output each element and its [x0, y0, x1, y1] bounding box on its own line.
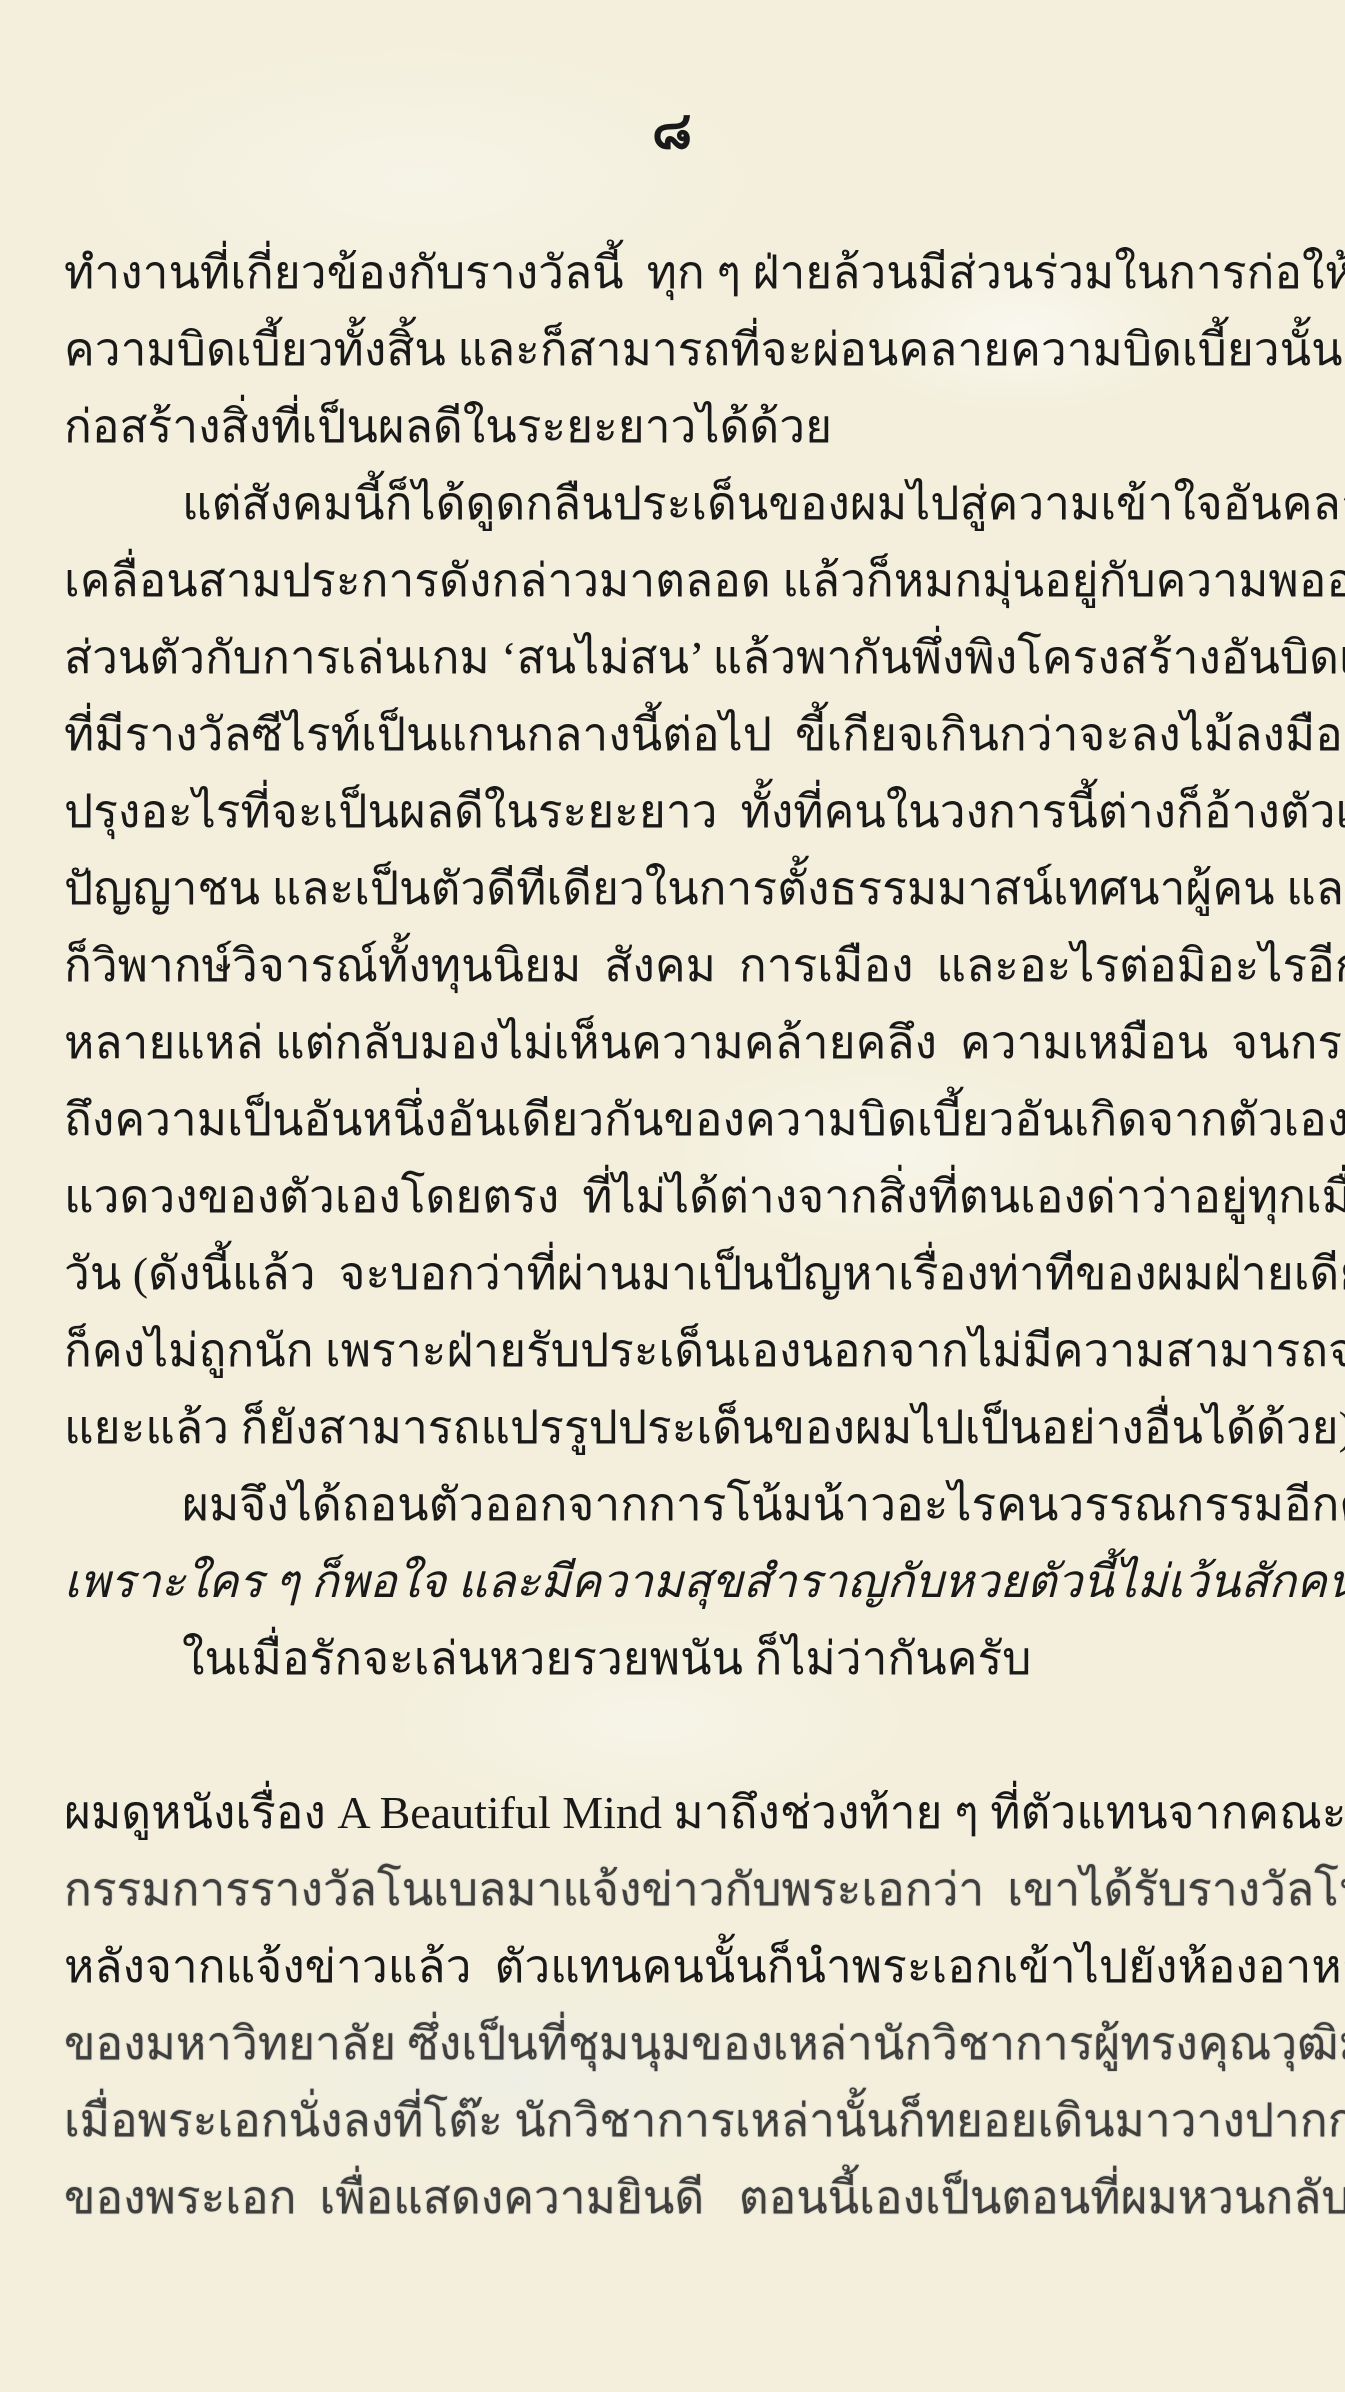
text-line: หลังจากแจ้งข่าวแล้ว ตัวแทนคนนั้นก็นำพระเ…: [64, 1928, 1296, 2005]
book-page: ๘ ทำงานที่เกี่ยวข้องกับรางวัลนี้ ทุก ๆ ฝ…: [0, 0, 1345, 2392]
text-line: ทำงานที่เกี่ยวข้องกับรางวัลนี้ ทุก ๆ ฝ่า…: [64, 234, 1296, 311]
text-line: กรรมการรางวัลโนเบลมาแจ้งข่าวกับพระเอกว่า…: [64, 1851, 1296, 1928]
text-line: แวดวงของตัวเองโดยตรง ที่ไม่ได้ต่างจากสิ่…: [64, 1158, 1296, 1235]
text-line: เมื่อพระเอกนั่งลงที่โต๊ะ นักวิชาการเหล่า…: [64, 2082, 1296, 2159]
text-line: ปัญญาชน และเป็นตัวดีทีเดียวในการตั้งธรรม…: [64, 850, 1296, 927]
text-line: แยะแล้ว ก็ยังสามารถแปรรูปประเด็นของผมไปเ…: [64, 1389, 1296, 1466]
text-line: ที่มีรางวัลซีไรท์เป็นแกนกลางนี้ต่อไป ขี้…: [64, 696, 1296, 773]
text-line: หลายแหล่ แต่กลับมองไม่เห็นความคล้ายคลึง …: [64, 1004, 1296, 1081]
text-line: ผมดูหนังเรื่อง A Beautiful Mind มาถึงช่ว…: [64, 1774, 1296, 1851]
text-line: เพราะใคร ๆ ก็พอใจ และมีความสุขสำราญกับหว…: [64, 1543, 1296, 1620]
text-line: ปรุงอะไรที่จะเป็นผลดีในระยะยาว ทั้งที่คน…: [64, 773, 1296, 850]
text-line: ของพระเอก เพื่อแสดงความยินดี ตอนนี้เองเป…: [64, 2159, 1296, 2236]
text-line: วัน (ดังนี้แล้ว จะบอกว่าที่ผ่านมาเป็นปัญ…: [64, 1235, 1296, 1312]
text-line: ก็คงไม่ถูกนัก เพราะฝ่ายรับประเด็นเองนอกจ…: [64, 1312, 1296, 1389]
text-line: ก็วิพากษ์วิจารณ์ทั้งทุนนิยม สังคม การเมื…: [64, 927, 1296, 1004]
page-number: ๘: [0, 88, 1345, 171]
text-line: แต่สังคมนี้ก็ได้ดูดกลืนประเด็นของผมไปสู่…: [64, 465, 1296, 542]
text-line: ผมจึงได้ถอนตัวออกจากการโน้มน้าวอะไรคนวรร…: [64, 1466, 1296, 1543]
text-line: ในเมื่อรักจะเล่นหวยรวยพนัน ก็ไม่ว่ากันคร…: [64, 1620, 1296, 1697]
text-line: ความบิดเบี้ยวทั้งสิ้น และก็สามารถที่จะผ่…: [64, 311, 1296, 388]
text-block: ทำงานที่เกี่ยวข้องกับรางวัลนี้ ทุก ๆ ฝ่า…: [64, 234, 1296, 2236]
text-line: ก่อสร้างสิ่งที่เป็นผลดีในระยะยาวได้ด้วย: [64, 388, 1296, 465]
text-line: ของมหาวิทยาลัย ซึ่งเป็นที่ชุมนุมของเหล่า…: [64, 2005, 1296, 2082]
text-line: เคลื่อนสามประการดังกล่าวมาตลอด แล้วก็หมก…: [64, 542, 1296, 619]
text-line: ถึงความเป็นอันหนึ่งอันเดียวกันของความบิด…: [64, 1081, 1296, 1158]
text-line: ส่วนตัวกับการเล่นเกม ‘สนไม่สน’ แล้วพากัน…: [64, 619, 1296, 696]
